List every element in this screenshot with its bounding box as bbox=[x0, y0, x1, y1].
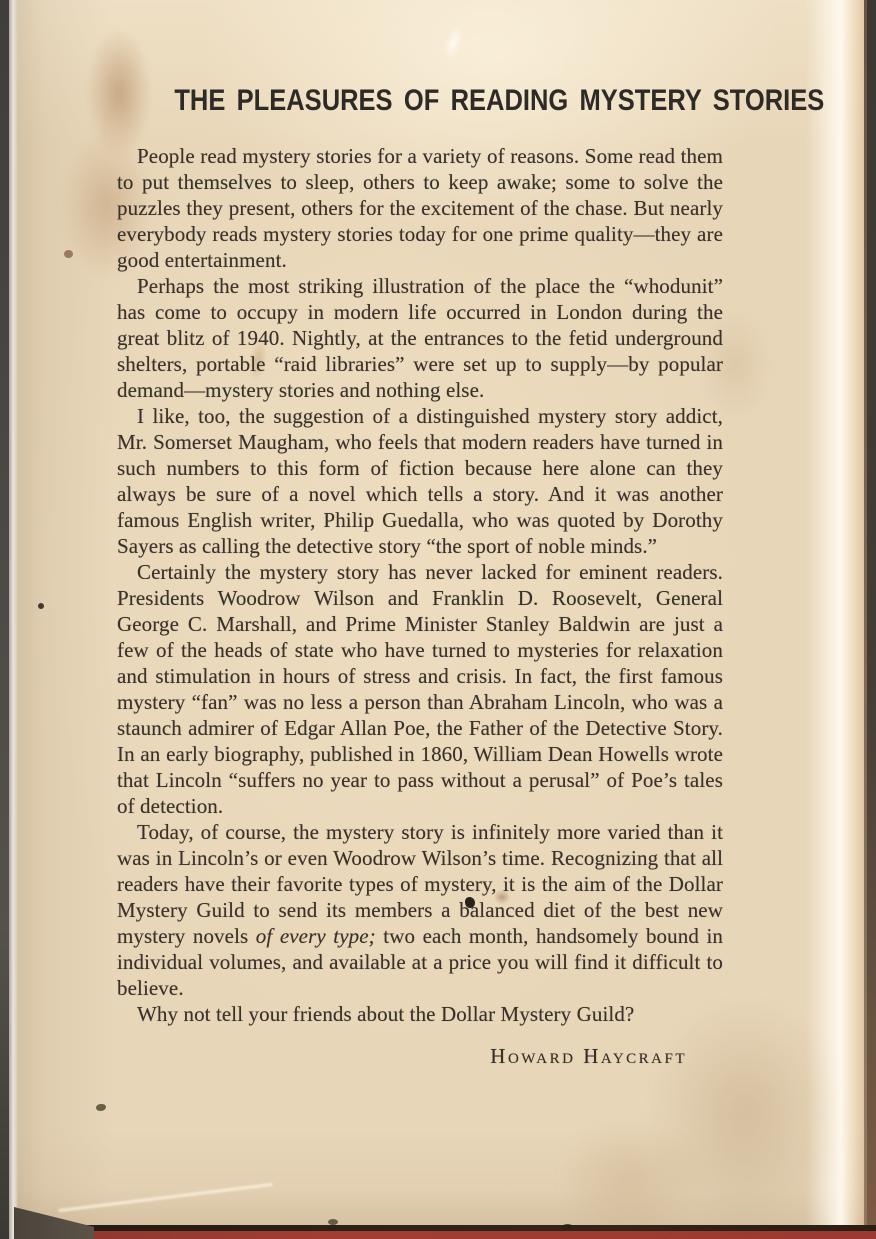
paragraph-5: Today, of course, the mystery story is i… bbox=[117, 819, 723, 1001]
text-segment: Perhaps the most striking illustration o… bbox=[117, 274, 723, 402]
paragraph-4: Certainly the mystery story has never la… bbox=[117, 559, 723, 819]
text-segment-italic: of every type; bbox=[256, 924, 376, 948]
paragraph-3: I like, too, the suggestion of a disting… bbox=[117, 403, 723, 559]
cover-bottom-edge bbox=[46, 1231, 876, 1239]
text-segment: Certainly the mystery story has never la… bbox=[117, 560, 723, 818]
paragraph-6-closing: Why not tell your friends about the Doll… bbox=[117, 1001, 723, 1027]
page-title-text: THE PLEASURES OF READING MYSTERY STORIES bbox=[174, 84, 824, 118]
text-segment: Why not tell your friends about the Doll… bbox=[137, 1002, 634, 1026]
text-segment: I like, too, the suggestion of a disting… bbox=[117, 404, 723, 558]
spine-highlight-edge bbox=[9, 0, 18, 1239]
page-title: THE PLEASURES OF READING MYSTERY STORIES bbox=[117, 84, 723, 118]
text-segment: People read mystery stories for a variet… bbox=[117, 144, 723, 272]
cover-right-edge bbox=[867, 0, 876, 1239]
author-signature: Howard Haycraft bbox=[117, 1044, 723, 1069]
paragraph-2: Perhaps the most striking illustration o… bbox=[117, 273, 723, 403]
text-block: THE PLEASURES OF READING MYSTERY STORIES… bbox=[117, 84, 723, 1069]
paragraph-1: People read mystery stories for a variet… bbox=[117, 143, 723, 273]
spine-shadow-edge bbox=[0, 0, 9, 1239]
scanned-book-page: THE PLEASURES OF READING MYSTERY STORIES… bbox=[0, 0, 876, 1239]
